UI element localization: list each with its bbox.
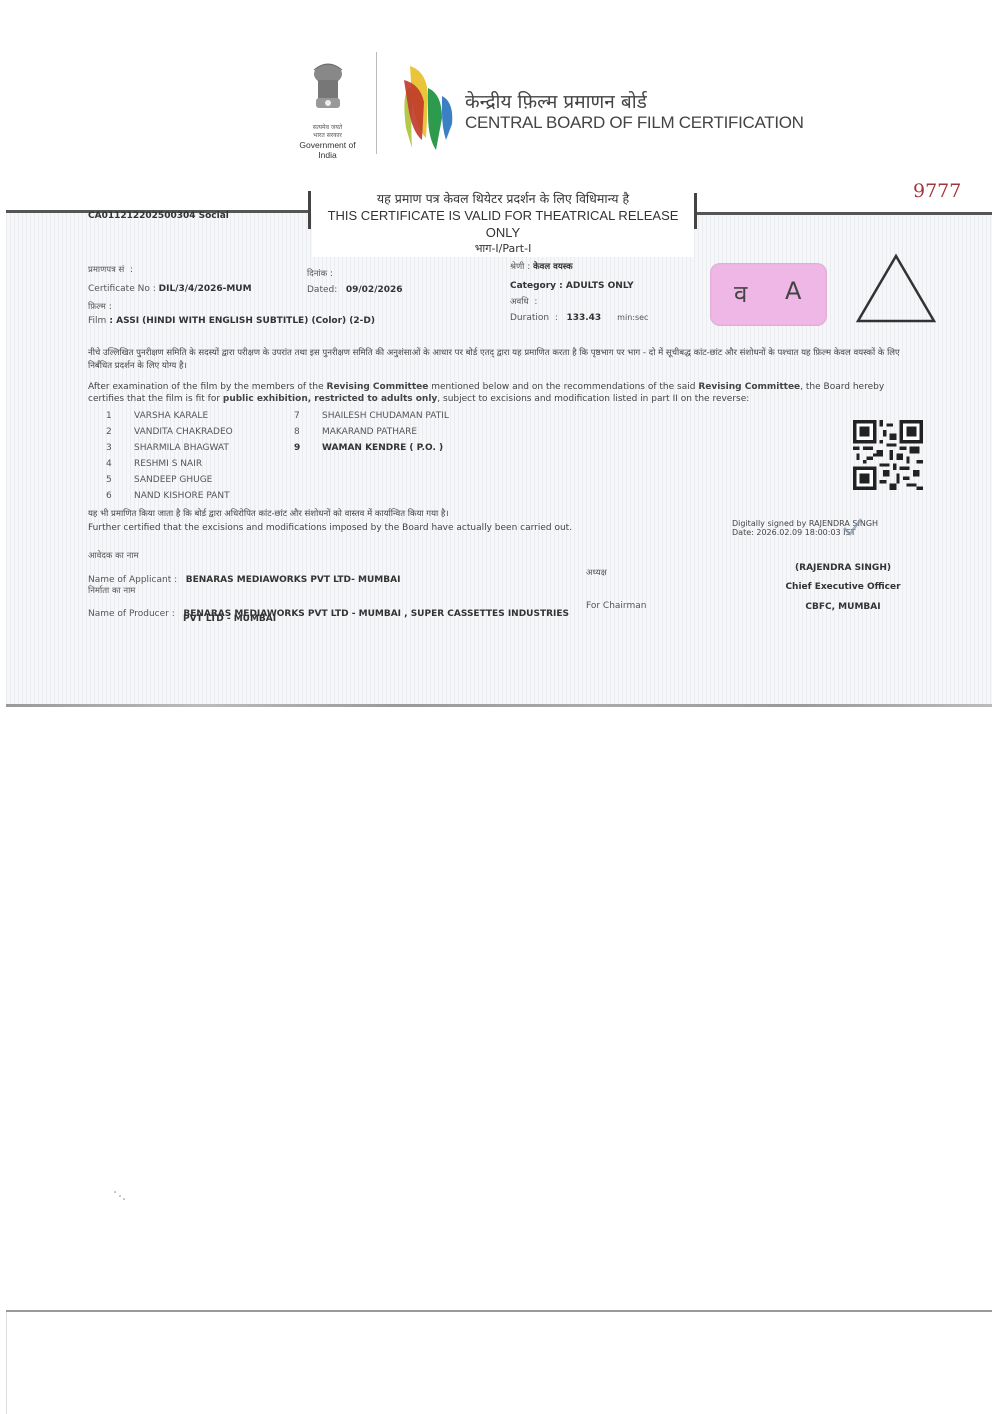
committee-member: 2VANDITA CHAKRADEO <box>106 427 233 443</box>
member-number: 1 <box>106 411 134 427</box>
signatory-name: (RAJENDRA SINGH) <box>783 563 903 573</box>
member-number: 3 <box>106 443 134 459</box>
validity-english: THIS CERTIFICATE IS VALID FOR THEATRICAL… <box>312 207 694 241</box>
duration-row: Duration : 133.43min:sec <box>510 305 648 324</box>
cbfc-logo-icon <box>398 58 460 150</box>
cert-no-row: Certificate No : DIL/3/4/2026-MUM <box>88 276 252 295</box>
film-label: Film <box>88 316 106 326</box>
chairman-english: For Chairman <box>586 601 646 611</box>
text-bold: Revising Committee <box>327 382 429 392</box>
member-number: 6 <box>106 491 134 507</box>
text-part: After examination of the film by the mem… <box>88 382 327 392</box>
cert-no-hindi: प्रमाणपत्र सं <box>88 265 124 275</box>
triangle-icon <box>855 253 937 325</box>
member-number: 8 <box>294 427 322 443</box>
cert-no-value: DIL/3/4/2026-MUM <box>159 284 252 294</box>
validity-hindi: यह प्रमाण पत्र केवल थियेटर प्रदर्शन के ल… <box>312 190 694 207</box>
government-emblem: सत्यमेव जयते भारत सरकार Government of In… <box>290 60 365 160</box>
emblem-motto: सत्यमेव जयते <box>290 124 365 132</box>
committee-list-right: 7SHAILESH CHUDAMAN PATIL 8MAKARAND PATHA… <box>294 411 449 459</box>
date-row: Dated: 09/02/2026 <box>307 277 403 296</box>
bracket-right <box>694 193 697 229</box>
org-name-english: CENTRAL BOARD OF FILM CERTIFICATION <box>465 113 804 133</box>
duration-label: Duration <box>510 313 549 323</box>
rating-hindi: व <box>734 277 747 310</box>
header-divider <box>376 52 377 154</box>
certification-text-hindi: नीचे उल्लिखित पुनरीक्षण समिति के सदस्यों… <box>88 347 918 373</box>
text-part: , subject to excisions and modification … <box>437 394 749 404</box>
category-hindi: श्रेणी <box>510 262 524 272</box>
text-bold: Revising Committee <box>698 382 800 392</box>
category-hindi-row: श्रेणी : केवल वयस्क <box>510 254 573 273</box>
date-label: Dated <box>307 285 334 295</box>
member-name: WAMAN KENDRE ( P.O. ) <box>322 443 443 459</box>
certification-text-english: After examination of the film by the mem… <box>88 381 908 405</box>
applicant-label: Name of Applicant <box>88 575 171 585</box>
serial-number: 9777 <box>913 180 961 202</box>
committee-member: 6NAND KISHORE PANT <box>106 491 233 507</box>
rating-english: A <box>785 277 801 305</box>
producer-label: Name of Producer <box>88 609 169 619</box>
member-name: SHAILESH CHUDAMAN PATIL <box>322 411 449 427</box>
committee-member-presiding-officer: 9WAMAN KENDRE ( P.O. ) <box>294 443 449 459</box>
emblem-english: Government of India <box>290 140 365 160</box>
committee-member: 4RESHMI S NAIR <box>106 459 233 475</box>
text-part: mentioned below and on the recommendatio… <box>428 382 698 392</box>
duration-unit: min:sec <box>617 313 648 322</box>
text-bold: public exhibition, restricted to adults … <box>223 394 437 404</box>
cert-no-label: Certificate No <box>88 284 150 294</box>
chairman-hindi: अध्यक्ष <box>586 567 607 578</box>
member-number: 5 <box>106 475 134 491</box>
applicant-value: BENARAS MEDIAWORKS PVT LTD- MUMBAI <box>186 575 401 585</box>
validity-notice: यह प्रमाण पत्र केवल थियेटर प्रदर्शन के ल… <box>312 190 694 257</box>
committee-member: 5SANDEEP GHUGE <box>106 475 233 491</box>
org-name-hindi: केन्द्रीय फ़िल्म प्रमाणन बोर्ड <box>465 88 647 114</box>
member-name: NAND KISHORE PANT <box>134 491 230 507</box>
member-name: MAKARAND PATHARE <box>322 427 417 443</box>
certificate-bottom-edge <box>6 704 992 707</box>
qr-code-icon[interactable] <box>853 420 923 490</box>
next-page-side <box>6 1312 7 1414</box>
producer-value-line2: PVT LTD - MUMBAI <box>183 614 276 624</box>
excision-text-english: Further certified that the excisions and… <box>88 522 708 534</box>
category-hindi-value: केवल वयस्क <box>533 262 572 272</box>
member-name: VARSHA KARALE <box>134 411 208 427</box>
film-value: ASSI (HINDI WITH ENGLISH SUBTITLE) (Colo… <box>116 316 375 326</box>
excision-text-hindi: यह भी प्रमाणित किया जाता है कि बोर्ड द्व… <box>88 508 708 521</box>
member-name: VANDITA CHAKRADEO <box>134 427 233 443</box>
member-name: SANDEEP GHUGE <box>134 475 212 491</box>
producer-hindi: निर्माता का नाम <box>88 585 135 596</box>
emblem-hindi: भारत सरकार <box>290 132 365 140</box>
ashoka-emblem-icon <box>308 60 348 120</box>
committee-member: 1VARSHA KARALE <box>106 411 233 427</box>
member-number: 2 <box>106 427 134 443</box>
cert-no-hindi-row: प्रमाणपत्र सं : <box>88 257 133 276</box>
member-number: 9 <box>294 443 322 459</box>
rule-right <box>697 212 992 215</box>
next-page-edge <box>6 1310 992 1312</box>
applicant-row: Name of Applicant : BENARAS MEDIAWORKS P… <box>88 567 400 586</box>
film-row: Film : ASSI (HINDI WITH ENGLISH SUBTITLE… <box>88 308 375 327</box>
category-value: ADULTS ONLY <box>566 281 634 291</box>
committee-member: 8MAKARAND PATHARE <box>294 427 449 443</box>
committee-member: 7SHAILESH CHUDAMAN PATIL <box>294 411 449 427</box>
applicant-hindi: आवेदक का नाम <box>88 550 139 561</box>
date-value: 09/02/2026 <box>346 285 403 295</box>
duration-value: 133.43 <box>566 313 601 323</box>
member-number: 4 <box>106 459 134 475</box>
committee-list-left: 1VARSHA KARALE 2VANDITA CHAKRADEO 3SHARM… <box>106 411 233 507</box>
reference-id: CA011212202500304 Social <box>88 211 229 221</box>
bracket-left <box>308 191 311 229</box>
signature-verified-check-icon <box>842 517 862 537</box>
scan-speck <box>112 1190 132 1202</box>
producer-row: Name of Producer : BENARAS MEDIAWORKS PV… <box>88 601 569 620</box>
committee-member: 3SHARMILA BHAGWAT <box>106 443 233 459</box>
member-number: 7 <box>294 411 322 427</box>
part-label: भाग-I/Part-I <box>312 241 694 257</box>
signatory-office: CBFC, MUMBAI <box>783 602 903 612</box>
rating-badge: व A <box>710 263 827 326</box>
member-name: SHARMILA BHAGWAT <box>134 443 229 459</box>
member-name: RESHMI S NAIR <box>134 459 202 475</box>
signatory-title: Chief Executive Officer <box>773 582 913 592</box>
